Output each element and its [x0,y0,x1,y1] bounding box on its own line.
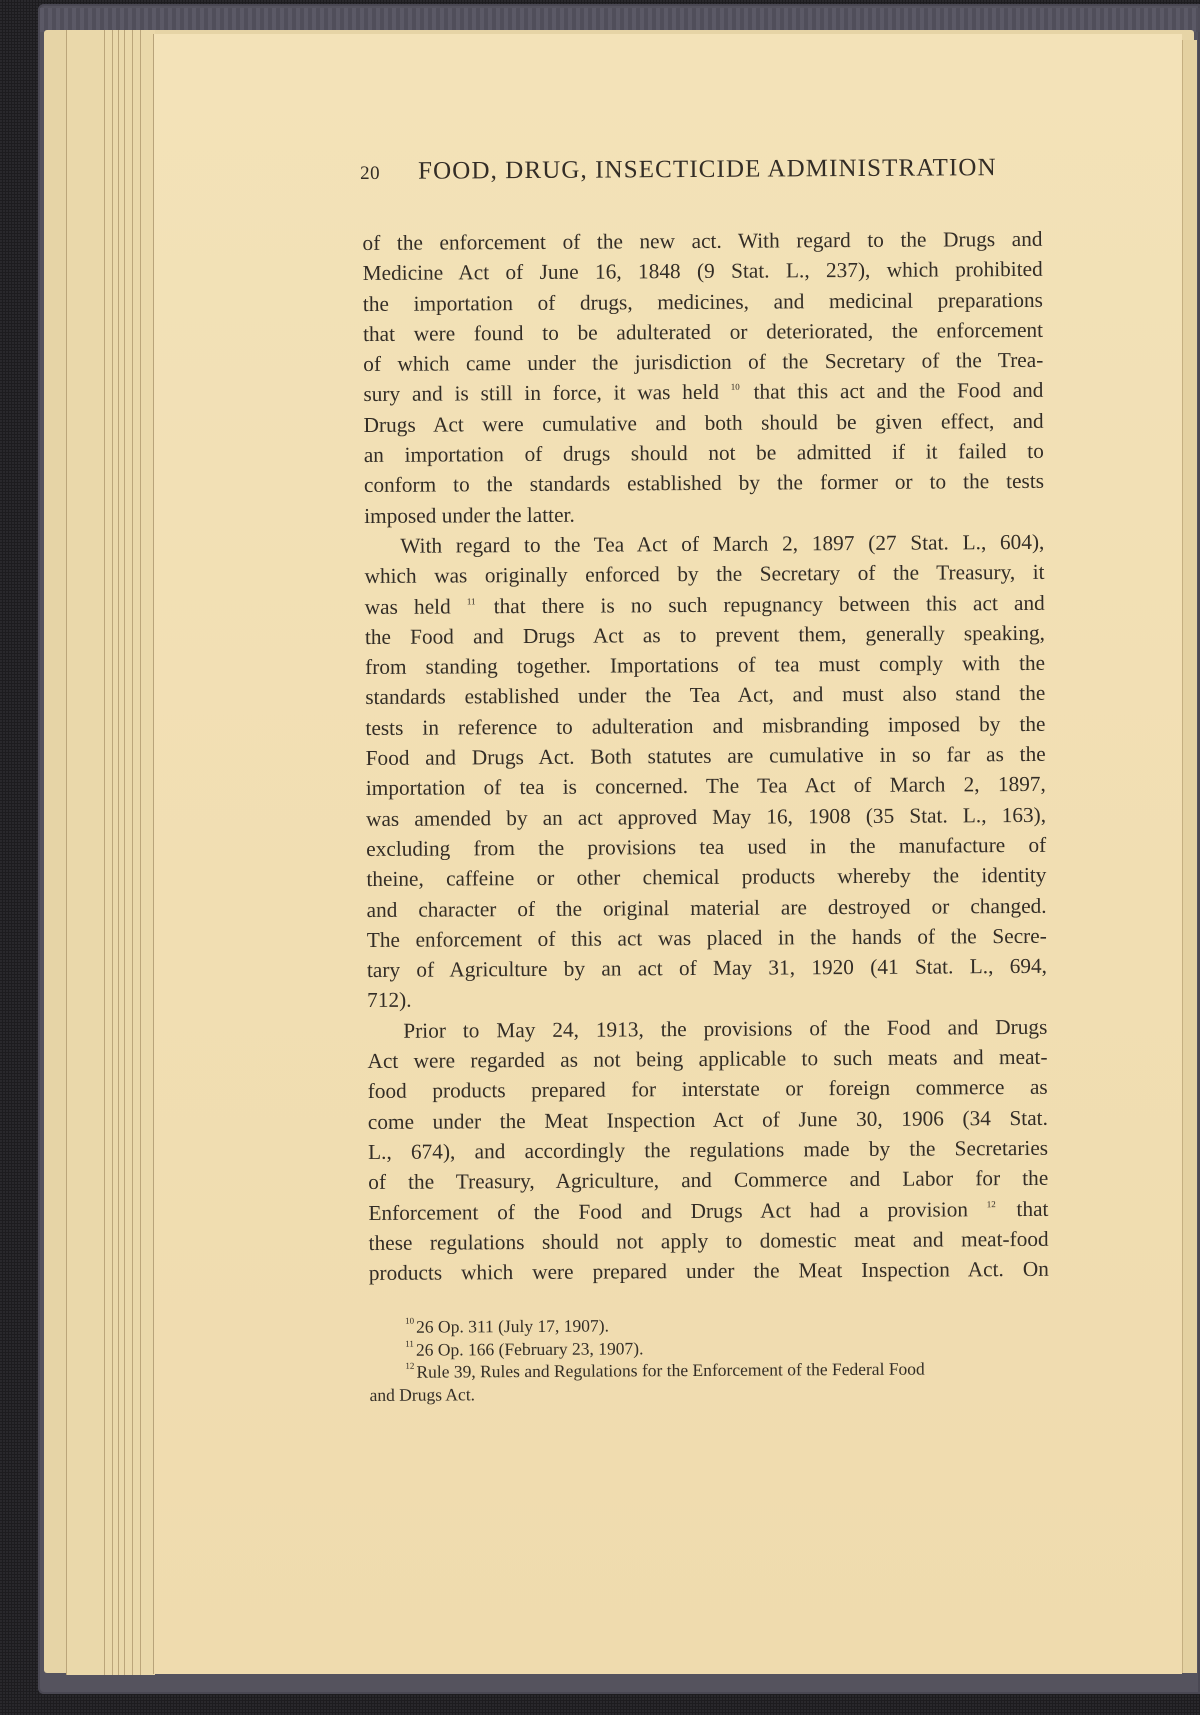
text-line: the Food and Drugs Act as to prevent the… [365,618,1045,652]
footnotes: 1026 Op. 311 (July 17, 1907).1126 Op. 16… [369,1312,1050,1406]
footnote-text: and Drugs Act. [369,1384,475,1405]
text-fragment: Enforcement of the Food and Drugs Act ha… [368,1197,986,1225]
footnote: and Drugs Act. [369,1380,1049,1407]
text-line: which was originally enforced by the Sec… [364,557,1044,591]
running-head-title: FOOD, DRUG, INSECTICIDE ADMINISTRATION [418,154,997,186]
text-line: food products prepared for interstate or… [368,1072,1048,1106]
text-line: of the enforcement of the new act. With … [362,224,1042,258]
text-fragment: that [998,1196,1049,1220]
text-line: these regulations should not apply to do… [369,1224,1049,1258]
text-line: L., 674), and accordingly the regulation… [368,1133,1048,1167]
text-line: sury and is still in force, it was held … [363,375,1043,409]
body-text: of the enforcement of the new act. With … [362,224,1048,1289]
text-line: Enforcement of the Food and Drugs Act ha… [368,1193,1048,1227]
text-line: that were found to be adulterated or det… [363,315,1043,349]
text-line: was held 11 that there is no such repugn… [365,587,1045,621]
text-line: conform to the standards established by … [364,466,1044,500]
text-line: Drugs Act were cumulative and both shoul… [364,406,1044,440]
footnote-text: 26 Op. 311 (July 17, 1907). [416,1316,609,1337]
footnote-text: Rule 39, Rules and Regulations for the E… [416,1359,924,1382]
page-content: 20 FOOD, DRUG, INSECTICIDE ADMINISTRATIO… [362,154,1050,1407]
text-line: tary of Agriculture by an act of May 31,… [367,951,1047,985]
text-line: of which came under the jurisdiction of … [363,345,1043,379]
right-page-edge [1182,40,1197,1673]
text-line: the importation of drugs, medicines, and… [363,284,1043,318]
running-head: 20 FOOD, DRUG, INSECTICIDE ADMINISTRATIO… [360,154,1042,198]
cover-binding-band [40,8,1200,32]
text-line: and character of the original material a… [366,890,1046,924]
text-fragment: that there is no such repugnancy between… [477,590,1044,617]
footnote-marker: 11 [405,1339,414,1349]
text-line: products which were prepared under the M… [369,1254,1049,1288]
page-edge [140,30,155,1675]
footnote-marker: 10 [405,1316,414,1326]
footnote-reference[interactable]: 12 [987,1199,996,1209]
text-fragment: sury and is still in force, it was held [363,380,730,406]
text-fragment: was held [365,594,467,619]
text-line: from standing together. Importations of … [365,648,1045,682]
text-line: imposed under the latter. [364,497,1044,531]
text-line: 712). [367,981,1047,1015]
text-line: was amended by an act approved May 16, 1… [366,799,1046,833]
page-edge-stack [66,30,107,1675]
footnote-text: 26 Op. 166 (February 23, 1907). [416,1338,644,1359]
text-line: of the Treasury, Agriculture, and Commer… [368,1163,1048,1197]
text-line: With regard to the Tea Act of March 2, 1… [364,527,1044,561]
text-line: Prior to May 24, 1913, the provisions of… [367,1012,1047,1046]
text-fragment: that this act and the Food and [742,378,1044,404]
text-line: excluding from the provisions tea used i… [366,830,1046,864]
footnote-reference[interactable]: 11 [467,596,476,606]
text-line: Act were regarded as not being applicabl… [367,1042,1047,1076]
text-line: importation of tea is concerned. The Tea… [366,769,1046,803]
footnote-marker: 12 [405,1361,414,1371]
text-line: tests in reference to adulteration and m… [365,709,1045,743]
footnote-reference[interactable]: 10 [731,382,740,392]
text-line: Medicine Act of June 16, 1848 (9 Stat. L… [363,254,1043,288]
text-line: Food and Drugs Act. Both statutes are cu… [366,739,1046,773]
text-line: come under the Meat Inspection Act of Ju… [368,1102,1048,1136]
text-line: The enforcement of this act was placed i… [367,921,1047,955]
page-number: 20 [360,163,418,185]
text-line: an importation of drugs should not be ad… [364,436,1044,470]
text-line: standards established under the Tea Act,… [365,678,1045,712]
text-line: theine, caffeine or other chemical produ… [366,860,1046,894]
